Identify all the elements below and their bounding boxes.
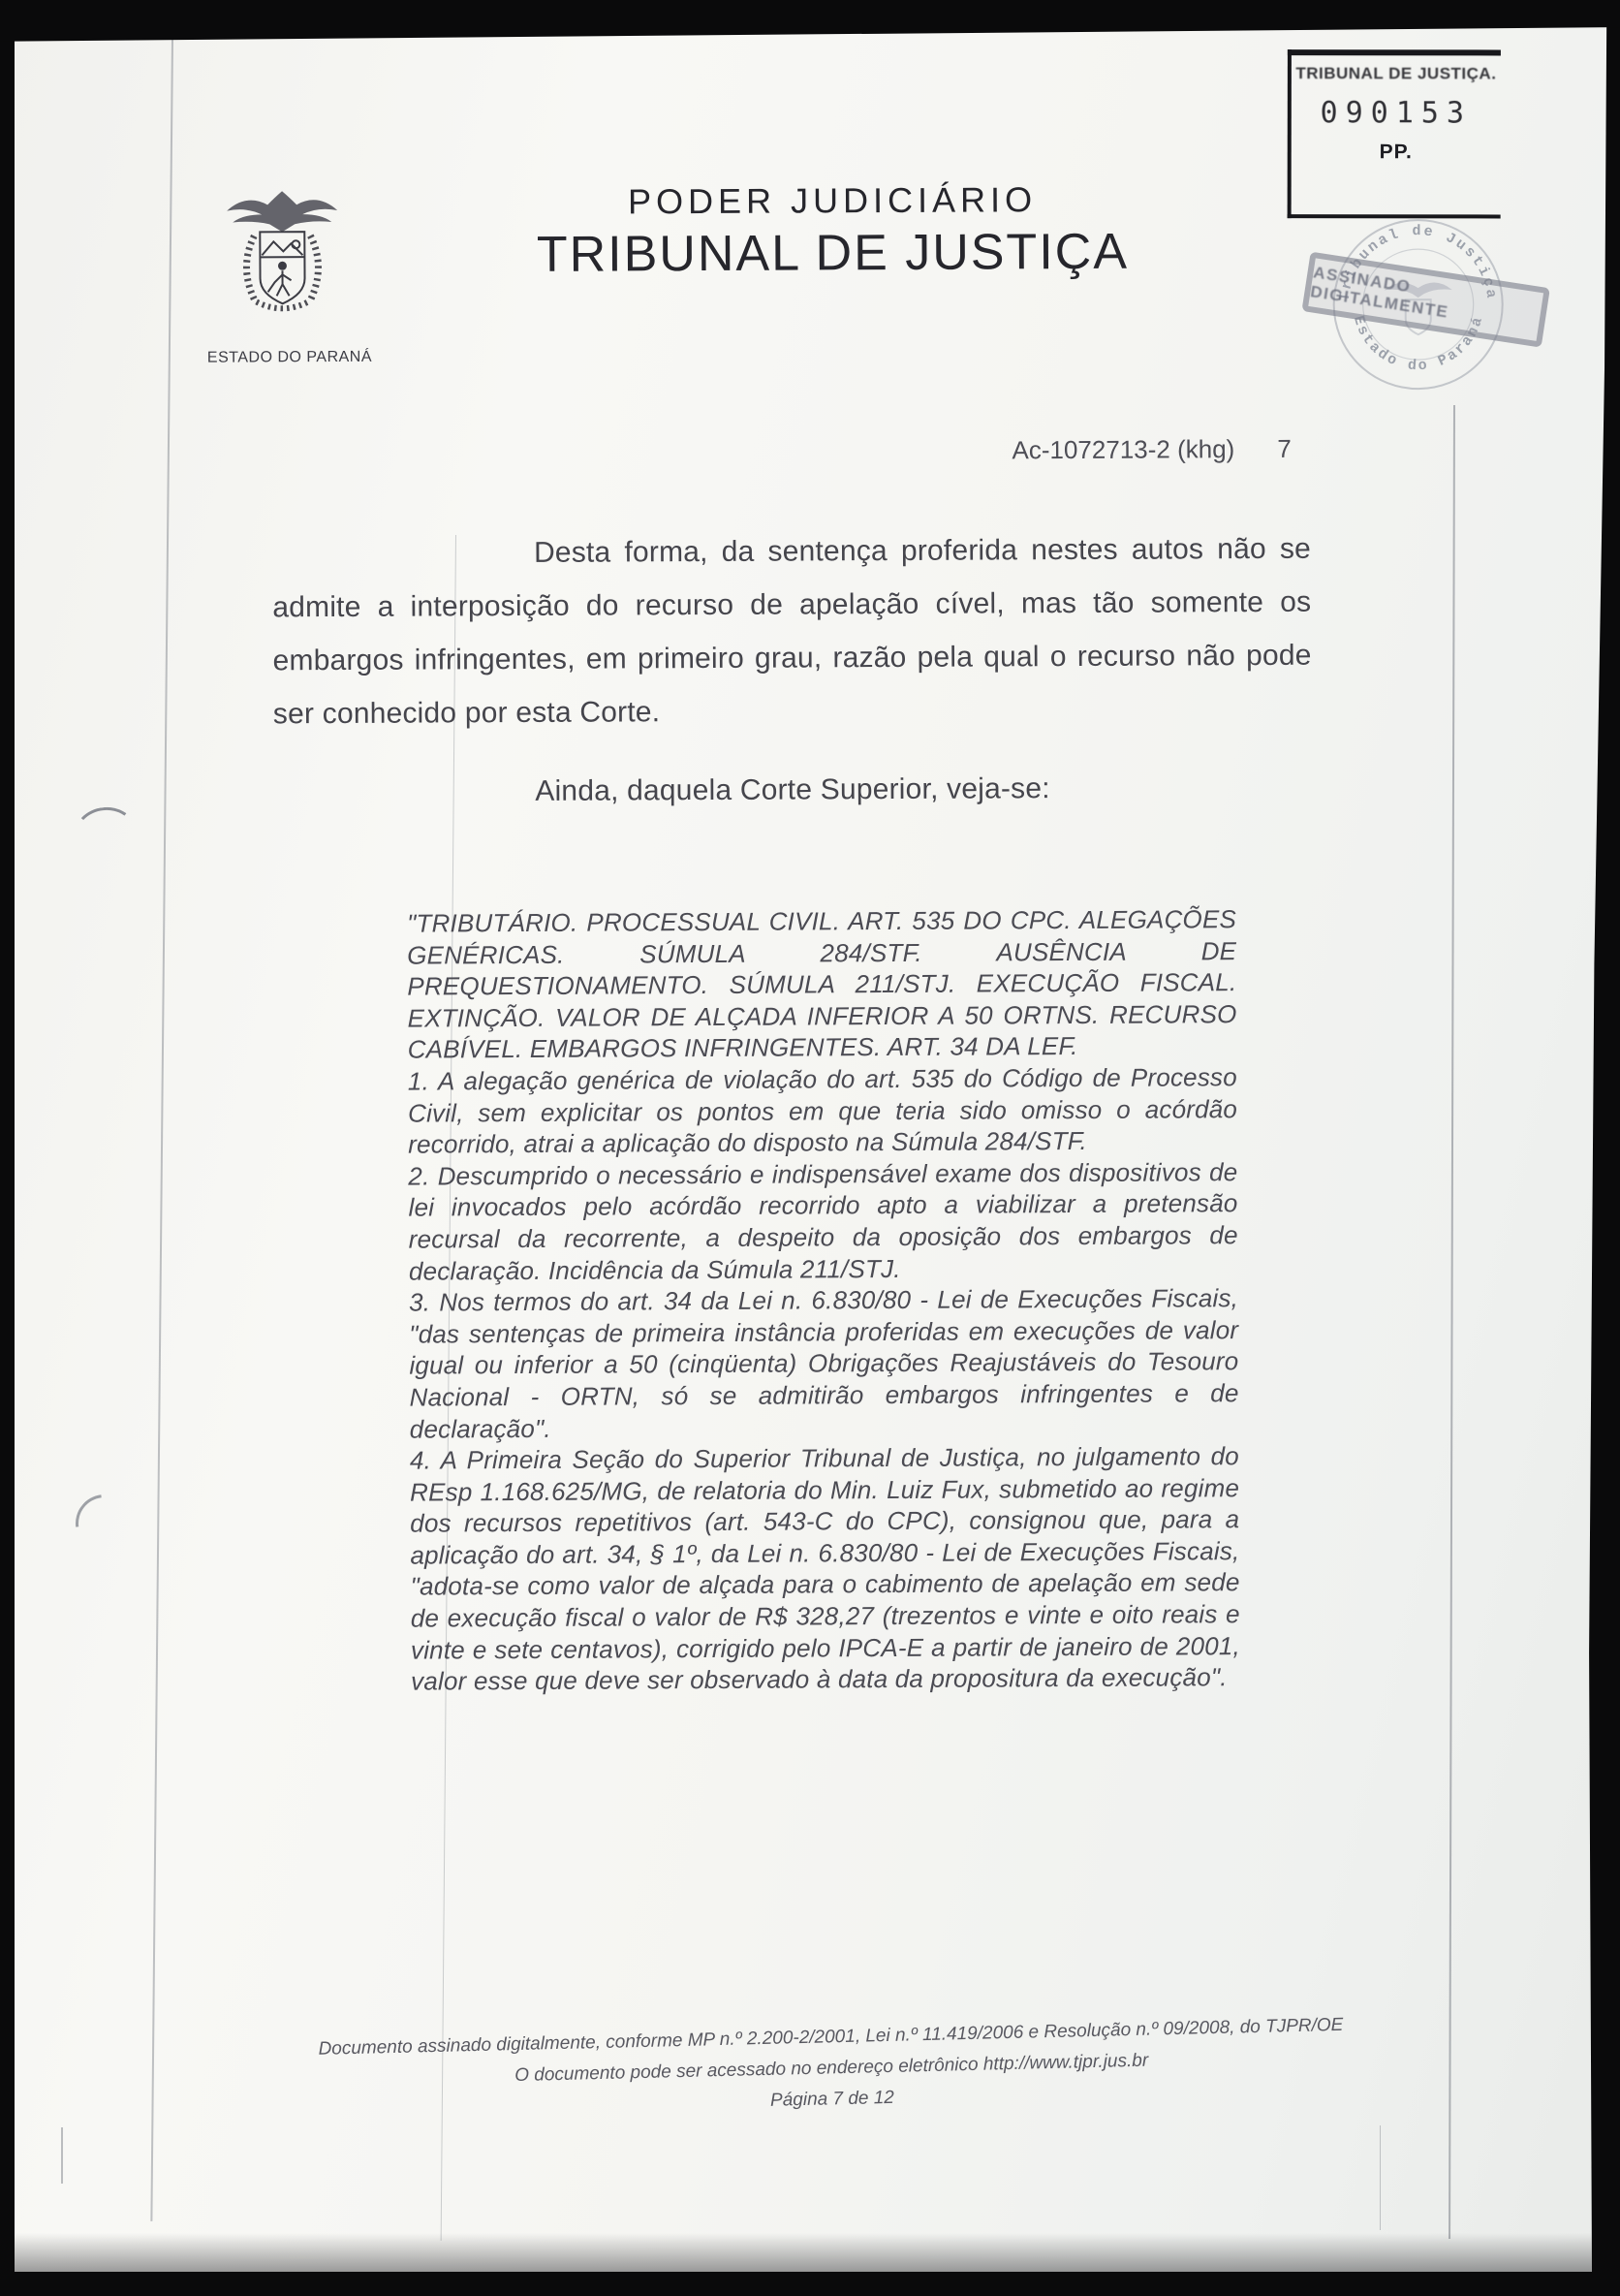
- body-paragraph: Ainda, daquela Corte Superior, veja-se:: [273, 761, 1312, 820]
- quote-item: 3. Nos termos do art. 34 da Lei n. 6.830…: [409, 1282, 1239, 1444]
- quote-headline: "TRIBUTÁRIO. PROCESSUAL CIVIL. ART. 535 …: [407, 903, 1237, 1065]
- citation-blockquote: "TRIBUTÁRIO. PROCESSUAL CIVIL. ART. 535 …: [407, 903, 1240, 1697]
- tribunal-de-justica-title: TRIBUNAL DE JUSTIÇA: [490, 222, 1174, 284]
- digital-signature-footer: Documento assinado digitalmente, conform…: [239, 2008, 1423, 2129]
- scan-edge-bottom: [0, 2272, 1620, 2296]
- decision-body: Desta forma, da sentença proferida neste…: [272, 522, 1313, 820]
- case-id: Ac-1072713-2 (khg): [1012, 434, 1234, 465]
- case-reference: Ac-1072713-2 (khg) 7: [1012, 434, 1291, 466]
- sheet-number: 7: [1277, 434, 1292, 464]
- protocol-stamp: TRIBUNAL DE JUSTIÇA. 090153 PP.: [1288, 49, 1501, 218]
- quote-item: 4. A Primeira Seção do Superior Tribunal…: [410, 1440, 1240, 1697]
- scan-edge-left: [0, 0, 15, 2296]
- protocol-stamp-initials: PP.: [1292, 141, 1501, 164]
- estado-parana-label: ESTADO DO PARANÁ: [201, 349, 379, 367]
- quote-item: 2. Descumprido o necessário e indispensá…: [408, 1156, 1238, 1287]
- protocol-stamp-title: TRIBUNAL DE JUSTIÇA.: [1292, 64, 1501, 83]
- parana-coat-of-arms-icon: [217, 187, 348, 331]
- poder-judiciario-title: PODER JUDICIÁRIO: [490, 178, 1174, 223]
- quote-item: 1. A alegação genérica de violação do ar…: [408, 1061, 1238, 1160]
- scan-edge-bottom-shadow: [0, 2233, 1620, 2272]
- body-paragraph: Desta forma, da sentença proferida neste…: [272, 522, 1312, 741]
- document-letterhead: PODER JUDICIÁRIO TRIBUNAL DE JUSTIÇA: [490, 178, 1175, 284]
- protocol-stamp-number: 090153: [1292, 96, 1501, 130]
- scanned-court-document-page: ESTADO DO PARANÁ PODER JUDICIÁRIO TRIBUN…: [0, 0, 1620, 2296]
